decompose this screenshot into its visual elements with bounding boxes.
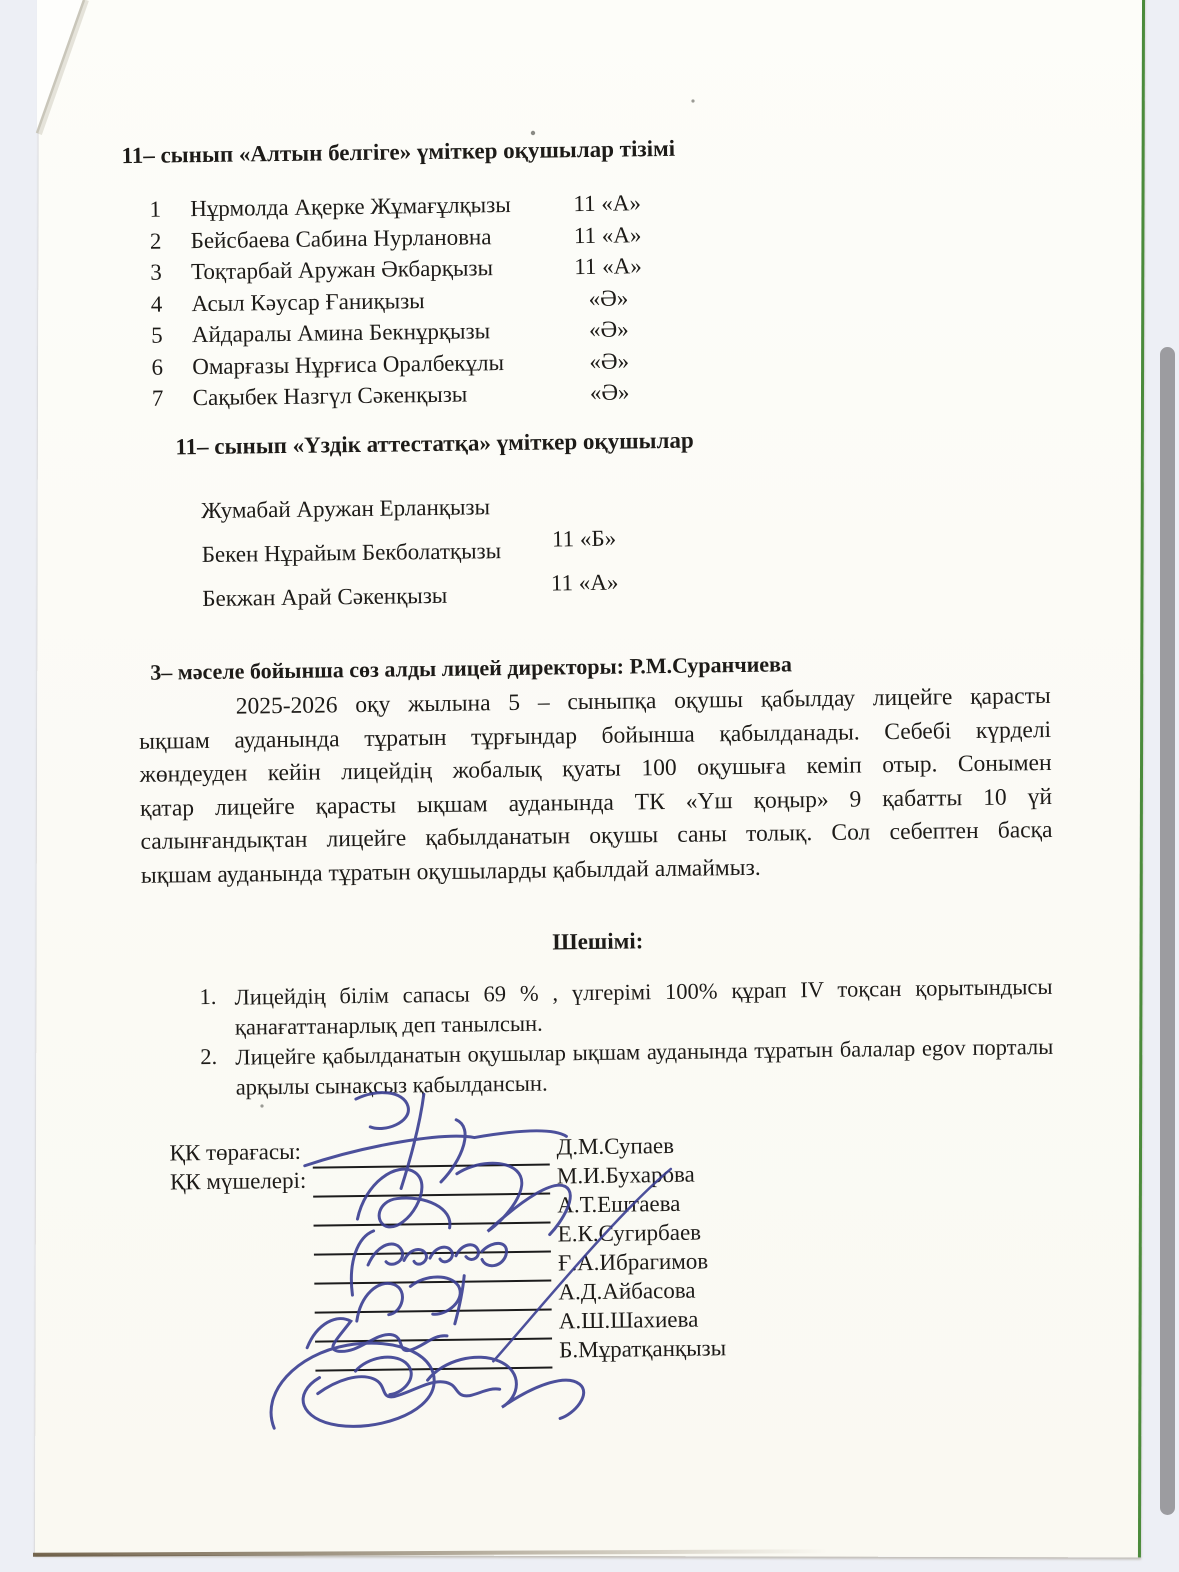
signature-line [314, 1278, 551, 1285]
signer-name: Е.К.Сугирбаев [558, 1219, 702, 1250]
item-number: 2. [200, 1043, 217, 1071]
student-grade: 11 «А» [532, 221, 682, 252]
student-grade: «Ә» [534, 315, 684, 346]
vertical-scrollbar-thumb[interactable] [1160, 347, 1175, 1515]
student-name: Бекжан Арай Сәкенқызы [202, 582, 447, 614]
agenda3-heading: 3– мәселе бойынша сөз алды лицей директо… [150, 650, 792, 686]
screenshot-root: { "colors":{ "background":"#edeff5", "pa… [0, 0, 1179, 1572]
row-number: 3 [143, 258, 169, 287]
student-grade: 11 «А» [512, 568, 657, 599]
decision-item: 2. Лицейге қабылданатын оқушылар ықшам а… [200, 1032, 1054, 1103]
student-grade [511, 480, 656, 482]
document-content: 11– сынып «Алтын белгіге» үміткер оқушыл… [0, 0, 1179, 1572]
row-number: 2 [142, 227, 168, 256]
row-number: 5 [144, 321, 170, 350]
chairman-label: ҚК төрағасы: [169, 1138, 301, 1168]
student-grade: 11 «А» [532, 189, 682, 220]
student-name: Бейсбаева Сабина Нурлановна [190, 223, 491, 256]
signer-name: Ғ.А.Ибрагимов [558, 1247, 708, 1278]
signer-name: Б.Мұратқанқызы [559, 1334, 726, 1365]
signature-line [313, 1162, 550, 1169]
table-row: Бекжан Арай Сәкенқызы 11 «А» [0, 578, 758, 622]
signer-name: Д.М.Супаев [556, 1132, 674, 1162]
row-number: 4 [143, 290, 169, 319]
student-name: Айдаралы Амина Бекнұрқызы [192, 317, 491, 350]
signer-name: А.Д.Айбасова [558, 1277, 695, 1308]
signer-name: А.Ш.Шахиева [559, 1306, 699, 1337]
section1-title: 11– сынып «Алтын белгіге» үміткер оқушыл… [121, 135, 675, 171]
row-number: 1 [142, 195, 168, 224]
signature-line [315, 1307, 552, 1314]
student-name: Омарғазы Нұрғиса Оралбекұлы [192, 349, 504, 382]
student-grade: 11 «Б» [511, 524, 656, 555]
signature-line [315, 1336, 552, 1343]
student-name: Бекен Нұрайым Бекболатқызы [202, 537, 502, 570]
decision-title: Шешімі: [142, 922, 1054, 963]
student-grade: «Ә» [534, 378, 684, 409]
student-name: Тоқтарбай Аружан Әкбарқызы [191, 254, 493, 287]
signature-line [314, 1220, 551, 1227]
section2-title: 11– сынып «Үздік аттестатқа» үміткер оқу… [175, 427, 694, 463]
student-name: Сақыбек Назгүл Сәкенқызы [193, 381, 468, 413]
row-number: 7 [145, 384, 171, 413]
signer-name: А.Т.Ештаева [557, 1190, 681, 1220]
student-name: Асыл Кәусар Ғаниқызы [191, 287, 425, 319]
signer-name: М.И.Бухарова [557, 1161, 695, 1192]
signature-line [313, 1191, 550, 1198]
signature-line [315, 1365, 552, 1372]
student-grade: 11 «А» [533, 252, 683, 283]
signature-line [314, 1249, 551, 1256]
row-number: 6 [144, 353, 170, 382]
agenda3-paragraph: 2025-2026 оқу жылына 5 – сыныпқа оқушы қ… [139, 680, 1054, 893]
student-name: Жумабай Аружан Ерланқызы [201, 493, 490, 526]
student-grade: «Ә» [533, 284, 683, 315]
item-number: 1. [199, 983, 216, 1011]
decision-item: 1. Лицейдің білім сапасы 69 % , үлгерімі… [199, 972, 1053, 1043]
student-name: Нұрмолда Ақерке Жұмағұлқызы [190, 191, 511, 224]
student-grade: «Ә» [534, 347, 684, 378]
members-label: ҚК мүшелері: [170, 1167, 307, 1198]
